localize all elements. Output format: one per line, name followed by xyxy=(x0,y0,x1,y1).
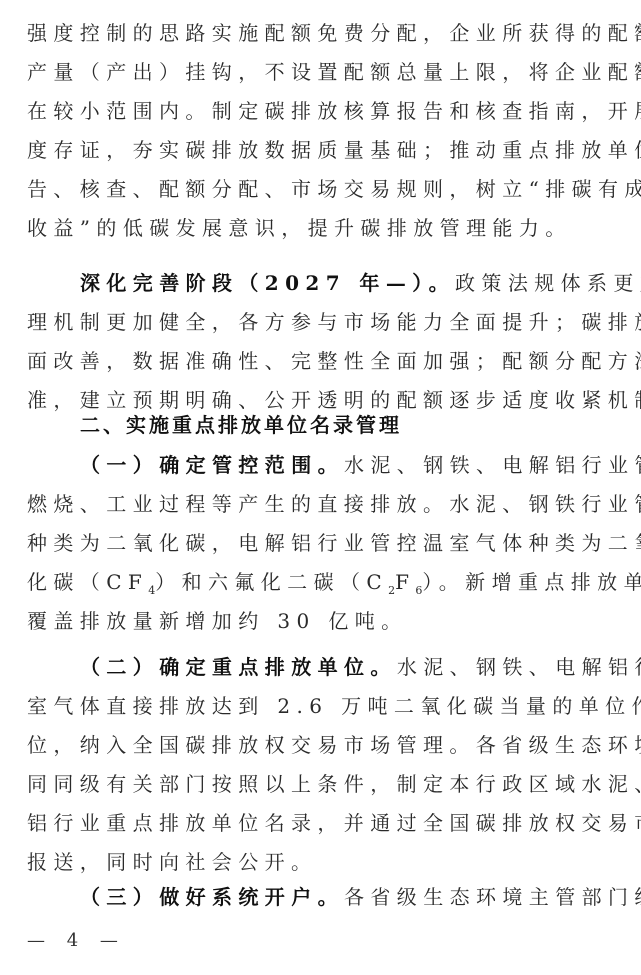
paragraph-line: 覆盖排放量新增加约 30 亿吨。 xyxy=(27,608,627,634)
paragraph-line: 理机制更加健全，各方参与市场能力全面提升；碳排放数据质量全 xyxy=(27,309,627,335)
paragraph-line: 报送，同时向社会公开。 xyxy=(27,849,627,875)
paragraph-line: 燃烧、工业过程等产生的直接排放。水泥、钢铁行业管控温室气体 xyxy=(27,491,627,517)
item1-paragraph-start: （一）确定管控范围。水泥、钢铁、电解铝行业管控化石燃料 xyxy=(80,452,641,478)
item2-paragraph-start: （二）确定重点排放单位。水泥、钢铁、电解铝行业中年度温 xyxy=(80,654,641,680)
text: ）。新增重点排放单位约 1500 家， xyxy=(422,570,641,594)
item3-paragraph-start: （三）做好系统开户。各省级生态环境主管部门组织水泥、钢 xyxy=(80,884,641,910)
paragraph-text: 政策法规体系更加完善，监督管 xyxy=(455,271,641,295)
text: ）和六氟化二碳（C xyxy=(155,570,388,594)
section-heading: 二、实施重点排放单位名录管理 xyxy=(80,412,641,438)
paragraph-text: 水泥、钢铁、电解铝行业中年度温 xyxy=(397,655,641,679)
paragraph-line: 铝行业重点排放单位名录，并通过全国碳排放权交易市场管理平台 xyxy=(27,810,627,836)
paragraph-line: 化碳（CF4）和六氟化二碳（C2F6）。新增重点排放单位约 1500 家， xyxy=(27,569,627,595)
paragraph-line: 在较小范围内。制定碳排放核算报告和核查指南，开展关键参数月 xyxy=(27,98,627,124)
stage2-title: 深化完善阶段（2027 年—）。 xyxy=(80,271,455,295)
paragraph-text: 水泥、钢铁、电解铝行业管控化石燃料 xyxy=(344,453,641,477)
paragraph-line: 面改善，数据准确性、完整性全面加强；配额分配方法更为科学精 xyxy=(27,348,627,374)
paragraph-line: 位，纳入全国碳排放权交易市场管理。各省级生态环境主管部门会 xyxy=(27,732,627,758)
text: 化碳（CF xyxy=(27,570,148,594)
paragraph-line: 准，建立预期明确、公开透明的配额逐步适度收紧机制。 xyxy=(27,387,627,413)
text: F xyxy=(395,570,415,594)
paragraph-line: 强度控制的思路实施配额免费分配，企业所获得的配额数量与产品 xyxy=(27,20,627,46)
paragraph-line: 室气体直接排放达到 2.6 万吨二氧化碳当量的单位作为重点排放单 xyxy=(27,693,627,719)
paragraph-line: 同同级有关部门按照以上条件，制定本行政区域水泥、钢铁、电解 xyxy=(27,771,627,797)
paragraph-line: 度存证，夯实碳排放数据质量基础；推动重点排放单位熟悉核算报 xyxy=(27,137,627,163)
stage2-paragraph-start: 深化完善阶段（2027 年—）。政策法规体系更加完善，监督管 xyxy=(80,270,641,296)
paragraph-text: 各省级生态环境主管部门组织水泥、钢 xyxy=(344,885,641,909)
paragraph-line: 种类为二氧化碳，电解铝行业管控温室气体种类为二氧化碳、四氟 xyxy=(27,530,627,556)
item2-title: （二）确定重点排放单位。 xyxy=(80,655,397,679)
paragraph-line: 产量（产出）挂钩，不设置配额总量上限，将企业配额盈缺率控制 xyxy=(27,59,627,85)
item1-title: （一）确定管控范围。 xyxy=(80,453,344,477)
paragraph-line: 收益”的低碳发展意识，提升碳排放管理能力。 xyxy=(27,215,627,241)
item3-title: （三）做好系统开户。 xyxy=(80,885,344,909)
page-number: — 4 — xyxy=(27,930,126,951)
paragraph-line: 告、核查、配额分配、市场交易规则，树立“排碳有成本、减碳有 xyxy=(27,176,627,202)
